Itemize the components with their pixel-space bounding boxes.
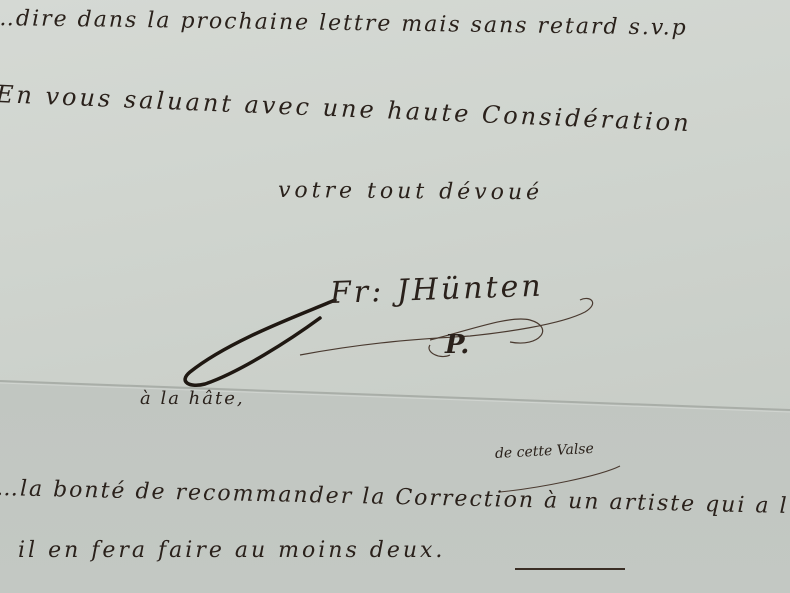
- signature-initial: P.: [445, 330, 469, 360]
- letter-upper-sheet: [0, 0, 790, 420]
- signature: Fr: JHünten: [329, 269, 544, 311]
- closing-dash: [515, 568, 625, 570]
- postscript-note: à la hâte,: [140, 388, 245, 409]
- letter-line-6: il en fera faire au moins deux.: [18, 538, 445, 563]
- letter-closing: votre tout dévoué: [278, 178, 543, 205]
